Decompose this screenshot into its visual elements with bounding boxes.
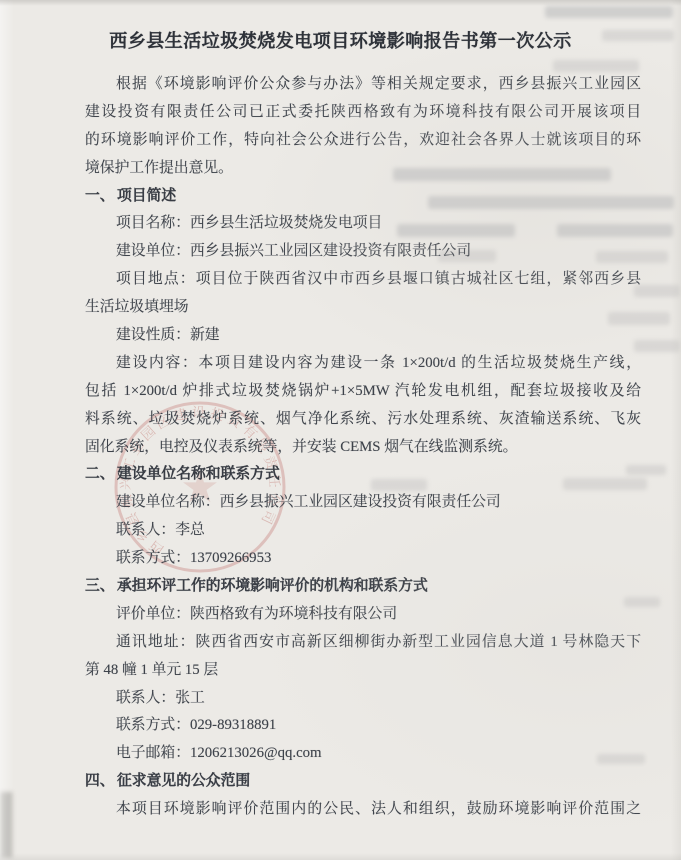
section-number: 二、 [85,461,117,489]
document-line: 联系人：李总 [85,517,641,545]
document-line: 联系方式：029-89318891 [85,712,641,740]
scan-edge-shadow [0,792,12,858]
document-line: 固化系统，电控及仪表系统等，并安装 CEMS 烟气在线监测系统。 [85,434,641,462]
section-heading: 四、征求意见的公众范围 [85,768,641,796]
document-line: 项目地点：项目位于陕西省汉中市西乡县堰口镇古城社区七组，紧邻西乡县 [85,266,641,294]
section-number: 三、 [85,573,117,601]
document-line: 建设投资有限责任公司已正式委托陕西格致有为环境科技有限公司开展该项目 [85,99,641,127]
document-line: 建设性质：新建 [85,322,641,350]
section-number: 一、 [85,183,117,211]
section-heading: 一、项目简述 [85,183,641,211]
section-label: 建设单位名称和联系方式 [117,466,280,482]
section-heading: 二、建设单位名称和联系方式 [85,461,641,489]
document-line: 本项目环境影响评价范围内的公民、法人和组织，鼓励环境影响评价范围之 [85,796,641,824]
document-line: 项目名称：西乡县生活垃圾焚烧发电项目 [85,210,641,238]
section-number: 四、 [85,768,117,796]
section-heading: 三、承担环评工作的环境影响评价的机构和联系方式 [85,573,641,601]
document-line: 联系方式：13709266953 [85,545,641,573]
section-label: 承担环评工作的环境影响评价的机构和联系方式 [117,578,428,594]
document-line: 第 48 幢 1 单元 15 层 [85,657,641,685]
document-line: 电子邮箱：1206213026@qq.com [85,740,641,768]
document-line: 通讯地址：陕西省西安市高新区细柳街办新型工业园信息大道 1 号林隐天下 [85,629,641,657]
document-title: 西乡县生活垃圾焚烧发电项目环境影响报告书第一次公示 [0,27,681,53]
document-line: 的环境影响评价工作，特向社会公众进行公告，欢迎社会各界人士就该项目的环 [85,127,641,155]
document-body: 根据《环境影响评价公众参与办法》等相关规定要求，西乡县振兴工业园区建设投资有限责… [85,71,641,824]
document-line: 建设单位：西乡县振兴工业园区建设投资有限责任公司 [85,238,641,266]
document-line: 生活垃圾填埋场 [85,294,641,322]
bleed-through-artifact [545,6,673,18]
document-line: 境保护工作提出意见。 [85,155,641,183]
document-line: 料系统、垃圾焚烧炉系统、烟气净化系统、污水处理系统、灰渣输送系统、飞灰 [85,406,641,434]
scanned-document-page: 西乡县振兴工业园区建设投资有限责任公司 ★ 西乡县生活垃圾焚烧发电项目环境影响报… [0,0,681,860]
document-line: 建设单位名称：西乡县振兴工业园区建设投资有限责任公司 [85,489,641,517]
document-line: 联系人：张工 [85,685,641,713]
document-line: 评价单位：陕西格致有为环境科技有限公司 [85,601,641,629]
section-label: 征求意见的公众范围 [117,773,250,789]
document-line: 包括 1×200t/d 炉排式垃圾焚烧锅炉+1×5MW 汽轮发电机组，配套垃圾接… [85,378,641,406]
section-label: 项目简述 [117,188,176,204]
document-line: 建设内容：本项目建设内容为建设一条 1×200t/d 的生活垃圾焚烧生产线， [85,350,641,378]
document-line: 根据《环境影响评价公众参与办法》等相关规定要求，西乡县振兴工业园区 [85,71,641,99]
